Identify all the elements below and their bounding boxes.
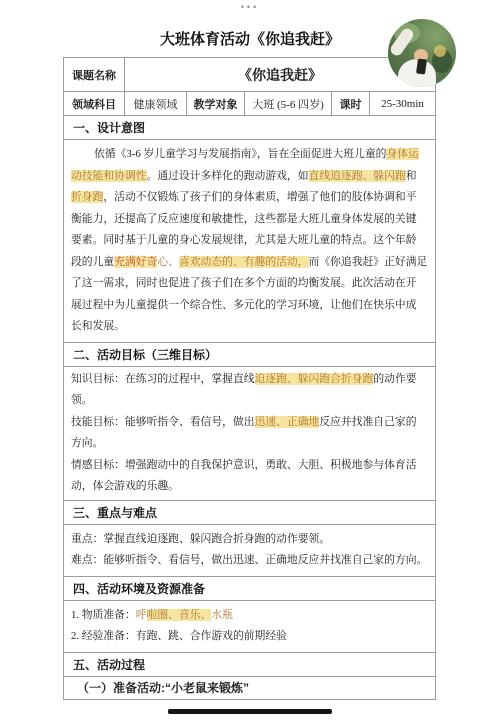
table-row-meta: 领域科目 健康领域 教学对象 大班 (5-6 四岁) 课时 25-30min (64, 91, 435, 115)
duration-value-cell: 25-30min (369, 92, 435, 115)
section-body-preparation: 1. 物质准备：呼啦圈、音乐、水瓶 2. 经验准备：有跑、跳、合作游戏的前期经验 (64, 600, 435, 652)
audience-label-cell: 教学对象 (186, 92, 244, 115)
text-line: 知识目标：在练习的过程中，掌握直线迫逐跑、躲闪跑合折身跑的动作要 (71, 369, 428, 391)
text-line: 长和发展。 (71, 316, 428, 338)
topic-value-cell: 《你追我赶》 (124, 58, 435, 91)
section-body-goals: 知识目标：在练习的过程中，掌握直线迫逐跑、躲闪跑合折身跑的动作要 领。 技能目标… (64, 366, 435, 500)
section-header-design-intent: 一、设计意图 (64, 115, 435, 139)
section-header-preparation: 四、活动环境及资源准备 (64, 576, 435, 600)
section-header-process: 五、活动过程 (64, 652, 435, 676)
text-line: 领。 (71, 390, 428, 412)
text-line: 技能目标：能够听指令、看信号，做出迅速、正确地反应并找准自己家的 (71, 412, 428, 434)
audience-value-cell: 大班 (5-6 四岁) (244, 92, 331, 115)
text-line: 了这一需求，同时也促进了孩子们在多个方面的均衡发展。此次活动在开 (71, 273, 428, 295)
process-step-warmup: （一）准备活动:“小老鼠来锻炼” (64, 676, 435, 699)
avatar-foliage (434, 45, 446, 57)
section-body-design-intent: 依循《3-6 岁儿童学习与发展指南》，旨在全面促进大班儿童的身体运 动技能和协调… (64, 139, 435, 342)
text-line: 2. 经验准备：有跑、跳、合作游戏的前期经验 (71, 626, 428, 648)
avatar (388, 19, 456, 87)
section-header-goals: 二、活动目标（三维目标） (64, 342, 435, 366)
domain-value-cell: 健康领域 (124, 92, 186, 115)
domain-label-cell: 领域科目 (64, 92, 124, 115)
text-line: 方向。 (71, 433, 428, 455)
document-viewer-screen: ••• 大班体育活动《你追我赶》 课题名称 《你追我赶》 领域科目 健康领域 教… (0, 0, 500, 720)
section-body-key-points: 重点：掌握直线迫逐跑、躲闪跑合折身跑的动作要领。 难点：能够听指令、看信号，做出… (64, 524, 435, 576)
text-line: 难点：能够听指令、看信号，做出迅速、正确地反应并找准自己家的方向。 (71, 550, 428, 572)
text-line: 依循《3-6 岁儿童学习与发展指南》，旨在全面促进大班儿童的身体运 (71, 144, 428, 166)
page-break-bar (168, 709, 332, 714)
table-row-topic: 课题名称 《你追我赶》 (64, 58, 435, 91)
text-line: 动技能和协调性。通过设计多样化的跑动游戏，如直线追逐跑、躲闪跑和 (71, 166, 428, 188)
text-line: 段的儿童充满好奇心、喜欢动态的、有趣的活动，而《你追我赶》正好满足 (71, 252, 428, 274)
duration-label-cell: 课时 (331, 92, 369, 115)
topic-label-cell: 课题名称 (64, 58, 124, 91)
lesson-plan-table: 课题名称 《你追我赶》 领域科目 健康领域 教学对象 大班 (5-6 四岁) 课… (63, 57, 436, 700)
text-line: 重点：掌握直线迫逐跑、躲闪跑合折身跑的动作要领。 (71, 529, 428, 551)
text-line: 情感目标：增强跑动中的自我保护意识，勇敢、大胆、积极地参与体育活 (71, 455, 428, 477)
more-options-menu[interactable]: ••• (0, 2, 500, 12)
section-header-key-points: 三、重点与难点 (64, 500, 435, 524)
text-line: 1. 物质准备：呼啦圈、音乐、水瓶 (71, 605, 428, 627)
text-line: 展过程中为儿童提供一个综合性、多元化的学习环境，让他们在快乐中成 (71, 295, 428, 317)
text-line: 折身跑，活动不仅锻炼了孩子们的身体素质，增强了他们的肢体协调和平 (71, 187, 428, 209)
text-line: 动，体会游戏的乐趣。 (71, 476, 428, 498)
text-line: 要素。同时基于儿童的身心发展规律，尤其是大班儿童的特点。这个年龄 (71, 230, 428, 252)
text-line: 衡能力，还提高了反应速度和敏捷性，这些都是大班儿童身体发展的关键 (71, 209, 428, 231)
